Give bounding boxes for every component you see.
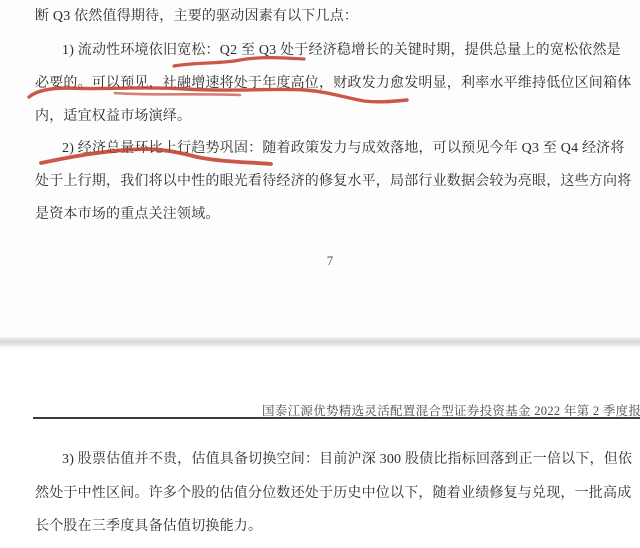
list-item-1-line-2: 必要的。可以预见，社融增速将处于年度高位，财政发力愈发明显，利率水平维持低位区间… [35,75,631,92]
list-item-2-line-1: 2) 经济总量环比上行趋势巩固：随着政策发力与成效落地，可以预见今年 Q3 至 … [62,140,625,157]
body-text-line: 断 Q3 依然值得期待，主要的驱动因素有以下几点： [35,8,358,25]
list-item-1-line-3: 内，适宜权益市场演绎。 [35,108,191,125]
list-item-2-line-2: 处于上行期，我们将以中性的眼光看待经济的修复水平，局部行业数据会较为亮眼，这些方… [35,173,631,190]
list-item-3-line-3: 长个股在三季度具备估值切换能力。 [35,518,262,535]
list-item-2-line-3: 是资本市场的重点关注领域。 [35,206,220,223]
page-separator [0,337,640,347]
list-item-3-line-2: 然处于中性区间。许多个股的估值分位数还处于历史中位以下，随着业绩修复与兑现，一批… [35,485,631,502]
list-item-1-line-1: 1) 流动性环境依旧宽松：Q2 至 Q3 处于经济稳增长的关键时期，提供总量上的… [62,42,621,59]
list-item-3-line-1: 3) 股票估值并不贵，估值具备切换空间：目前沪深 300 股债比指标回落到正一倍… [62,451,632,468]
header-rule [33,417,640,419]
page-number: 7 [0,253,640,269]
pdf-document-viewport[interactable]: 断 Q3 依然值得期待，主要的驱动因素有以下几点： 1) 流动性环境依旧宽松：Q… [0,0,640,548]
page-7: 断 Q3 依然值得期待，主要的驱动因素有以下几点： 1) 流动性环境依旧宽松：Q… [0,0,640,337]
